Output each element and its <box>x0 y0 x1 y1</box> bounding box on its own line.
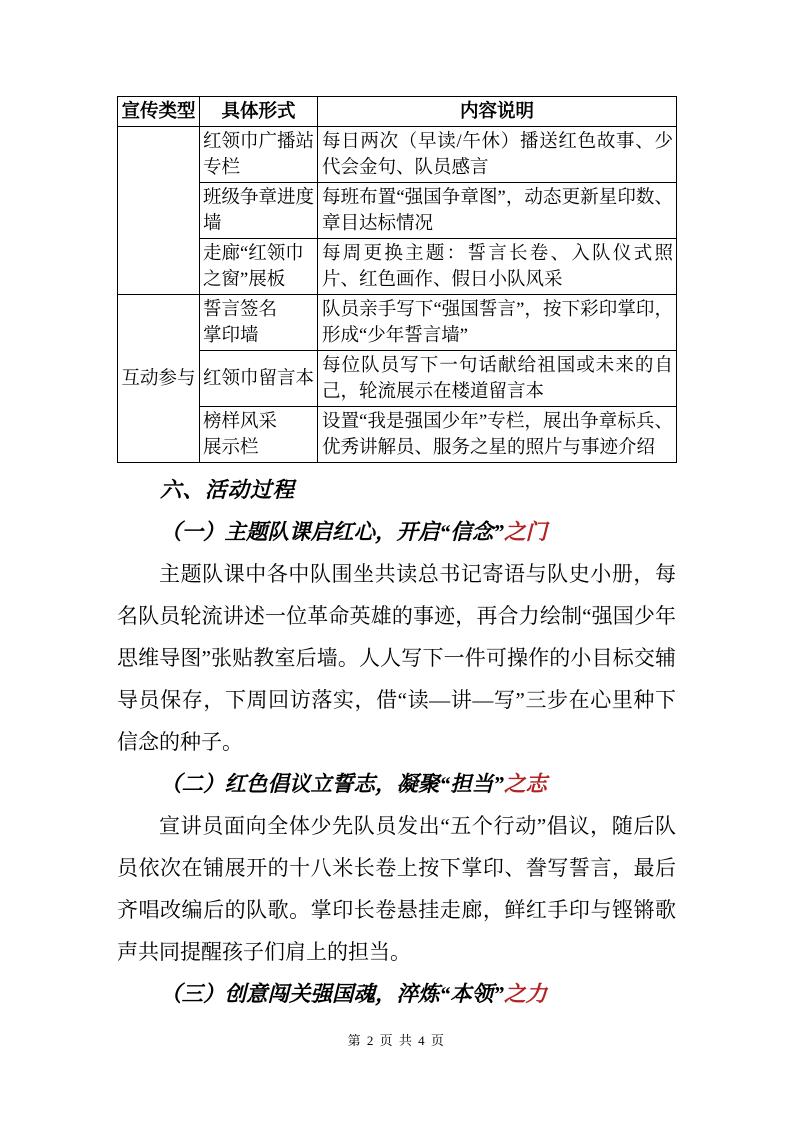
subsection-3-heading: （三）创意闯关强国魂，淬炼“本领”之力 <box>117 973 676 1015</box>
header-cell-form: 具体形式 <box>200 97 318 127</box>
form-cell: 红领巾留言本 <box>200 351 318 407</box>
table-row: 走廊“红领巾 之窗”展板 每周更换主题：誓言长卷、入队仪式照片、红色画作、假日小… <box>118 239 677 295</box>
form-cell: 班级争章进度 墙 <box>200 183 318 239</box>
table-header-row: 宣传类型 具体形式 内容说明 <box>118 97 677 127</box>
table-row: 红领巾留言本 每位队员写下一句话献给祖国或未来的自己，轮流展示在楼道留言本 <box>118 351 677 407</box>
paragraph-2: 宣讲员面向全体少先队员发出“五个行动”倡议，随后队员依次在铺展开的十八米长卷上按… <box>117 805 676 973</box>
document-page: 宣传类型 具体形式 内容说明 红领巾广播站 专栏 每日两次（早读/午休）播送红色… <box>0 0 793 1122</box>
form-cell: 誓言签名 掌印墙 <box>200 295 318 351</box>
description-cell: 每日两次（早读/午休）播送红色故事、少代会金句、队员感言 <box>318 127 677 183</box>
subsection-2-red-text: 之志 <box>504 772 547 796</box>
description-cell: 每周更换主题：誓言长卷、入队仪式照片、红色画作、假日小队风采 <box>318 239 677 295</box>
category-cell-empty <box>118 127 200 295</box>
paragraph-1: 主题队课中各中队围坐共读总书记寄语与队史小册，每名队员轮流讲述一位革命英雄的事迹… <box>117 553 676 763</box>
table-row: 红领巾广播站 专栏 每日两次（早读/午休）播送红色故事、少代会金句、队员感言 <box>118 127 677 183</box>
subsection-1-heading: （一）主题队课启红心，开启“信念”之门 <box>117 511 676 553</box>
form-cell: 红领巾广播站 专栏 <box>200 127 318 183</box>
subsection-1-text: （一）主题队课启红心，开启“信念” <box>160 520 504 544</box>
page-footer: 第 2 页 共 4 页 <box>0 1030 793 1049</box>
subsection-1-red-text: 之门 <box>504 520 547 544</box>
subsection-2-heading: （二）红色倡议立誓志，凝聚“担当”之志 <box>117 763 676 805</box>
subsection-3-red-text: 之力 <box>504 982 547 1006</box>
header-cell-type: 宣传类型 <box>118 97 200 127</box>
document-content: 宣传类型 具体形式 内容说明 红领巾广播站 专栏 每日两次（早读/午休）播送红色… <box>117 96 676 1015</box>
table-row: 班级争章进度 墙 每班布置“强国争章图”，动态更新星印数、章目达标情况 <box>118 183 677 239</box>
description-cell: 每班布置“强国争章图”，动态更新星印数、章目达标情况 <box>318 183 677 239</box>
promotion-table: 宣传类型 具体形式 内容说明 红领巾广播站 专栏 每日两次（早读/午休）播送红色… <box>117 96 677 463</box>
table-row: 榜样风采 展示栏 设置“我是强国少年”专栏，展出争章标兵、优秀讲解员、服务之星的… <box>118 407 677 463</box>
description-cell: 队员亲手写下“强国誓言”，按下彩印掌印，形成“少年誓言墙” <box>318 295 677 351</box>
header-cell-description: 内容说明 <box>318 97 677 127</box>
description-cell: 每位队员写下一句话献给祖国或未来的自己，轮流展示在楼道留言本 <box>318 351 677 407</box>
section-heading-activity-process: 六、活动过程 <box>117 469 676 511</box>
subsection-2-text: （二）红色倡议立誓志，凝聚“担当” <box>160 772 504 796</box>
table-row: 互动参与 誓言签名 掌印墙 队员亲手写下“强国誓言”，按下彩印掌印，形成“少年誓… <box>118 295 677 351</box>
description-cell: 设置“我是强国少年”专栏，展出争章标兵、优秀讲解员、服务之星的照片与事迹介绍 <box>318 407 677 463</box>
category-cell-interaction: 互动参与 <box>118 295 200 463</box>
subsection-3-text: （三）创意闯关强国魂，淬炼“本领” <box>160 982 504 1006</box>
form-cell: 走廊“红领巾 之窗”展板 <box>200 239 318 295</box>
form-cell: 榜样风采 展示栏 <box>200 407 318 463</box>
